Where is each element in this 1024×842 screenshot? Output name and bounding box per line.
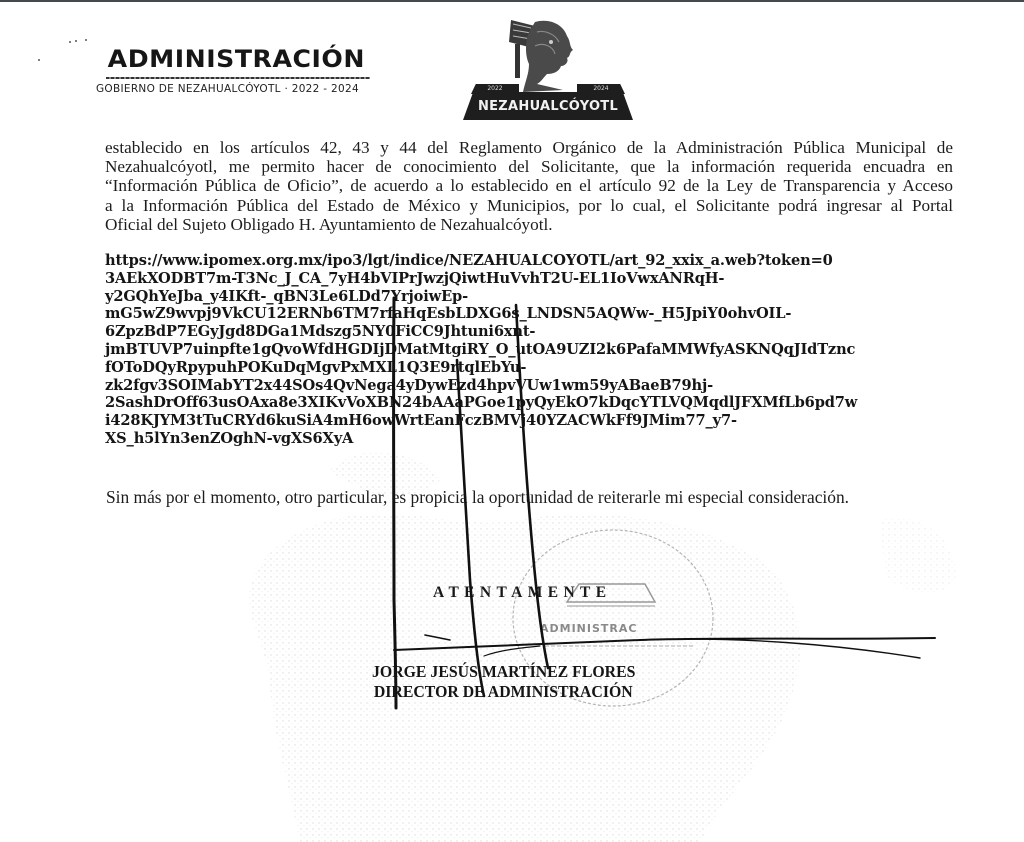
url-line: XS_h5lYn3enZOghN-vgXS6XyA	[105, 430, 965, 448]
url-line: 6ZpzBdP7EGyJgd8DGa1Mdszg5NY0FiCC9Jhtuni6…	[105, 323, 965, 341]
nezahualcoyotl-logo: 2022 2024 NEZAHUALCÓYOTL	[463, 12, 633, 124]
logo-rule	[106, 77, 370, 79]
window-top-bar	[0, 0, 1024, 2]
scan-specks-icon	[34, 36, 94, 66]
department-subtitle: GOBIERNO DE NEZAHUALCÓYOTL · 2022 - 2024	[96, 82, 386, 96]
url-line: fOToDQyRpypuhPOKuDqMgvPxMXL1Q3E9rtqlEbYu…	[105, 359, 965, 377]
url-line: 3AEkXODBT7m-T3Nc_J_CA_7yH4bVIPrJwzjQiwtH…	[105, 270, 965, 288]
salutation: ATENTAMENTE	[433, 584, 612, 602]
logo-banner: NEZAHUALCÓYOTL	[463, 92, 633, 120]
url-line: zk2fgv3SOIMabYT2x44SOs4QvNega4yDywEzd4hp…	[105, 377, 965, 395]
body-paragraph: establecido en los artículos 42, 43 y 44…	[105, 138, 953, 234]
department-title: ADMINISTRACIÓN	[82, 44, 387, 74]
paragraph-line: “Información Pública de Oficio”, de acue…	[105, 176, 953, 195]
paragraph-line: a la Información Pública del Estado de M…	[105, 196, 953, 215]
url-line: mG5wZ9wvpj9VkCU12ERNb6TM7rfaHqEsbLDXG6s_…	[105, 305, 965, 323]
url-line: y2GQhYeJba_y4IKft-_qBN3Le6LDd7YrjoiwEp-	[105, 288, 965, 306]
signer-block: JORGE JESÚS MARTÍNEZ FLORES DIRECTOR DE …	[372, 662, 635, 702]
administracion-logo: ADMINISTRACIÓN GOBIERNO DE NEZAHUALCÓYOT…	[96, 44, 386, 96]
url-line: https://www.ipomex.org.mx/ipo3/lgt/indic…	[105, 252, 965, 270]
paragraph-line: Oficial del Sujeto Obligado H. Ayuntamie…	[105, 215, 953, 234]
stamp-text: ADMINISTRAC	[540, 622, 637, 635]
signer-name: JORGE JESÚS MARTÍNEZ FLORES	[372, 662, 635, 682]
signer-position: DIRECTOR DE ADMINISTRACIÓN	[372, 682, 635, 702]
paragraph-line: establecido en los artículos 42, 43 y 44…	[105, 138, 953, 157]
portal-url-link[interactable]: https://www.ipomex.org.mx/ipo3/lgt/indic…	[105, 252, 965, 448]
url-line: 2SashDrOff63usOAxa8e3XIKvVoXBN24bAAaPGoe…	[105, 394, 965, 412]
url-line: i428KJYM3tTuCRYd6kuSiA4mH6owWrtEanFczBMV…	[105, 412, 965, 430]
closing-sentence: Sin más por el momento, otro particular,…	[106, 487, 849, 508]
url-line: jmBTUVP7uinpfte1gQvoWfdHGDIjDMatMtgiRY_O…	[105, 341, 965, 359]
paragraph-line: Nezahualcóyotl, me permito hacer de cono…	[105, 157, 953, 176]
